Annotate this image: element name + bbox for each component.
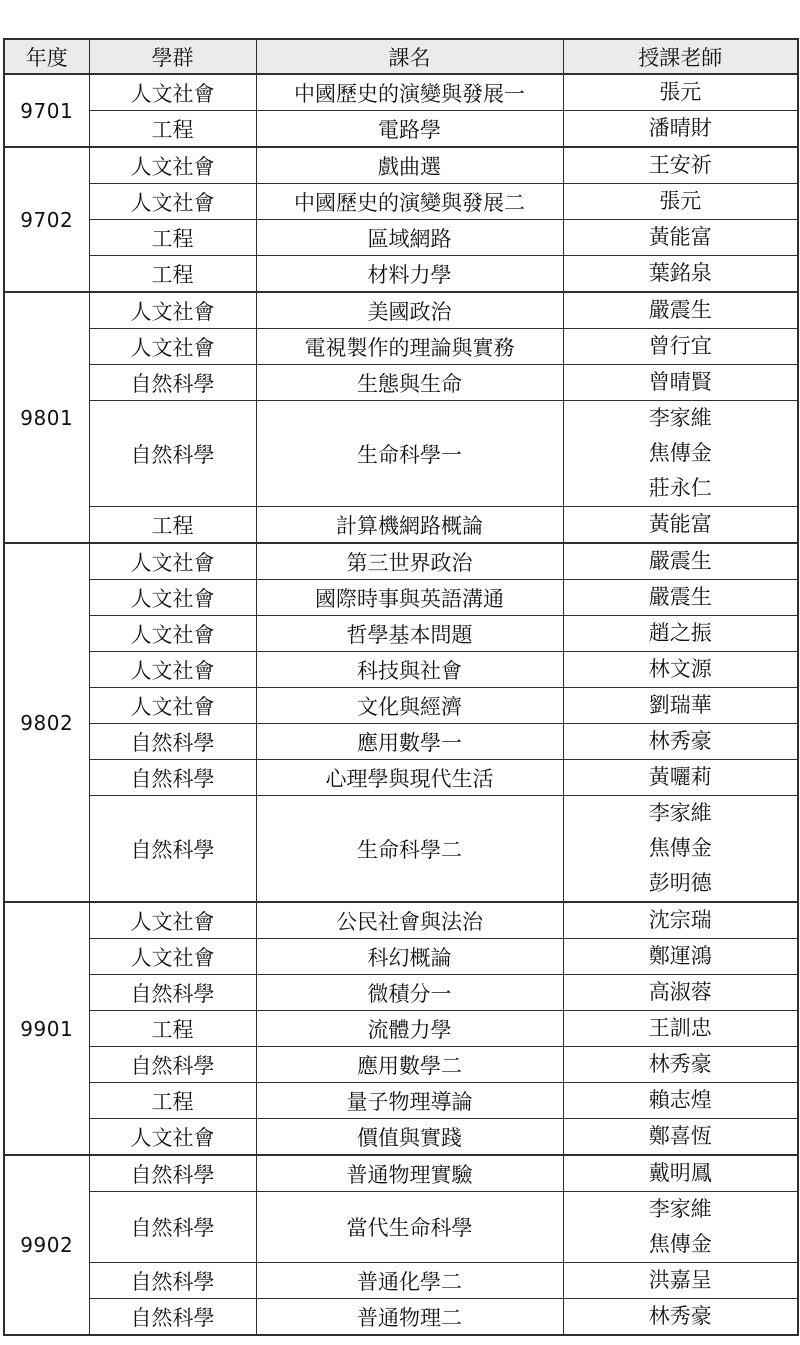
table-row: 工程量子物理導論賴志煌: [4, 1083, 798, 1119]
teacher-name: 潘晴財: [564, 111, 798, 146]
teacher-name: 李家維: [564, 401, 798, 436]
teacher-name: 黃能富: [564, 507, 798, 542]
course-cell: 美國政治: [256, 292, 563, 329]
teacher-name: 高淑蓉: [564, 975, 798, 1010]
teacher-cell: 趙之振: [563, 616, 798, 652]
course-cell: 普通化學二: [256, 1263, 563, 1299]
teacher-name: 林秀豪: [564, 1299, 798, 1334]
header-cell-year: 年度: [4, 39, 89, 74]
teacher-name: 莊永仁: [564, 471, 798, 506]
teacher-name: 嚴震生: [564, 544, 798, 579]
table-row: 工程計算機網路概論黃能富: [4, 507, 798, 544]
teacher-cell: 鄭運鴻: [563, 939, 798, 975]
table-row: 人文社會國際時事與英語溝通嚴震生: [4, 580, 798, 616]
course-cell: 價值與實踐: [256, 1119, 563, 1156]
table-row: 工程區域網路黃能富: [4, 220, 798, 256]
table-row: 9701人文社會中國歷史的演變與發展一張元: [4, 74, 798, 111]
teacher-name: 沈宗瑞: [564, 903, 798, 938]
teacher-cell: 戴明鳳: [563, 1155, 798, 1192]
table-row: 自然科學微積分一高淑蓉: [4, 975, 798, 1011]
teacher-name: 林秀豪: [564, 724, 798, 759]
teacher-name: 嚴震生: [564, 293, 798, 328]
table-row: 9802人文社會第三世界政治嚴震生: [4, 543, 798, 580]
category-cell: 人文社會: [89, 329, 256, 365]
teacher-name: 曾晴賢: [564, 365, 798, 400]
teacher-cell: 林文源: [563, 652, 798, 688]
category-cell: 自然科學: [89, 401, 256, 507]
teacher-name: 王訓忠: [564, 1011, 798, 1046]
category-cell: 人文社會: [89, 902, 256, 939]
course-cell: 哲學基本問題: [256, 616, 563, 652]
year-cell: 9702: [4, 147, 89, 292]
category-cell: 自然科學: [89, 760, 256, 796]
course-cell: 科技與社會: [256, 652, 563, 688]
teacher-name: 焦傳金: [564, 831, 798, 866]
year-cell: 9902: [4, 1155, 89, 1335]
teacher-name: 李家維: [564, 796, 798, 831]
course-cell: 文化與經濟: [256, 688, 563, 724]
course-cell: 普通物理實驗: [256, 1155, 563, 1192]
course-cell: 中國歷史的演變與發展一: [256, 74, 563, 111]
table-row: 自然科學應用數學一林秀豪: [4, 724, 798, 760]
category-cell: 自然科學: [89, 1047, 256, 1083]
teacher-cell: 嚴震生: [563, 580, 798, 616]
teacher-name: 鄭喜恆: [564, 1119, 798, 1154]
teacher-cell: 王安祈: [563, 147, 798, 184]
table-row: 9801人文社會美國政治嚴震生: [4, 292, 798, 329]
teacher-name: 嚴震生: [564, 580, 798, 615]
teacher-cell: 林秀豪: [563, 1299, 798, 1336]
table-row: 自然科學當代生命科學李家維焦傳金: [4, 1192, 798, 1263]
table-body: 9701人文社會中國歷史的演變與發展一張元工程電路學潘晴財9702人文社會戲曲選…: [4, 74, 798, 1335]
teacher-name: 賴志煌: [564, 1083, 798, 1118]
teacher-cell: 嚴震生: [563, 292, 798, 329]
teacher-name: 黃囇莉: [564, 760, 798, 795]
category-cell: 人文社會: [89, 1119, 256, 1156]
course-cell: 中國歷史的演變與發展二: [256, 184, 563, 220]
course-cell: 區域網路: [256, 220, 563, 256]
category-cell: 自然科學: [89, 365, 256, 401]
category-cell: 人文社會: [89, 652, 256, 688]
teacher-cell: 洪嘉呈: [563, 1263, 798, 1299]
course-cell: 科幻概論: [256, 939, 563, 975]
course-cell: 材料力學: [256, 256, 563, 293]
table-row: 工程電路學潘晴財: [4, 111, 798, 148]
course-cell: 公民社會與法治: [256, 902, 563, 939]
course-cell: 當代生命科學: [256, 1192, 563, 1263]
header-cell-course: 課名: [256, 39, 563, 74]
course-cell: 量子物理導論: [256, 1083, 563, 1119]
year-cell: 9701: [4, 74, 89, 147]
course-cell: 心理學與現代生活: [256, 760, 563, 796]
course-cell: 流體力學: [256, 1011, 563, 1047]
table-row: 人文社會科技與社會林文源: [4, 652, 798, 688]
teacher-name: 焦傳金: [564, 436, 798, 471]
teacher-cell: 李家維焦傳金彭明德: [563, 796, 798, 903]
teacher-cell: 潘晴財: [563, 111, 798, 148]
teacher-cell: 張元: [563, 74, 798, 111]
category-cell: 工程: [89, 256, 256, 293]
table-row: 自然科學心理學與現代生活黃囇莉: [4, 760, 798, 796]
teacher-name: 戴明鳳: [564, 1156, 798, 1191]
course-cell: 微積分一: [256, 975, 563, 1011]
table-row: 人文社會電視製作的理論與實務曾行宜: [4, 329, 798, 365]
course-cell: 生命科學二: [256, 796, 563, 903]
table-row: 人文社會哲學基本問題趙之振: [4, 616, 798, 652]
category-cell: 自然科學: [89, 1299, 256, 1336]
header-cell-teacher: 授課老師: [563, 39, 798, 74]
category-cell: 自然科學: [89, 1192, 256, 1263]
table-row: 自然科學生命科學一李家維焦傳金莊永仁: [4, 401, 798, 507]
year-cell: 9801: [4, 292, 89, 543]
teacher-name: 林秀豪: [564, 1047, 798, 1082]
category-cell: 工程: [89, 1083, 256, 1119]
teacher-cell: 黃囇莉: [563, 760, 798, 796]
category-cell: 工程: [89, 507, 256, 544]
teacher-name: 葉銘泉: [564, 256, 798, 291]
table-row: 自然科學普通物理二林秀豪: [4, 1299, 798, 1336]
teacher-name: 焦傳金: [564, 1227, 798, 1262]
teacher-name: 張元: [564, 184, 798, 219]
teacher-name: 洪嘉呈: [564, 1263, 798, 1298]
teacher-cell: 黃能富: [563, 507, 798, 544]
category-cell: 工程: [89, 220, 256, 256]
teacher-name: 彭明德: [564, 866, 798, 901]
category-cell: 人文社會: [89, 580, 256, 616]
category-cell: 人文社會: [89, 292, 256, 329]
course-cell: 普通物理二: [256, 1299, 563, 1336]
course-cell: 戲曲選: [256, 147, 563, 184]
teacher-cell: 沈宗瑞: [563, 902, 798, 939]
category-cell: 人文社會: [89, 939, 256, 975]
teacher-cell: 曾行宜: [563, 329, 798, 365]
category-cell: 人文社會: [89, 543, 256, 580]
category-cell: 工程: [89, 111, 256, 148]
teacher-name: 趙之振: [564, 616, 798, 651]
table-row: 9702人文社會戲曲選王安祈: [4, 147, 798, 184]
category-cell: 工程: [89, 1011, 256, 1047]
course-cell: 應用數學一: [256, 724, 563, 760]
table-row: 自然科學應用數學二林秀豪: [4, 1047, 798, 1083]
course-table: 年度 學群 課名 授課老師 9701人文社會中國歷史的演變與發展一張元工程電路學…: [3, 38, 799, 1336]
category-cell: 自然科學: [89, 975, 256, 1011]
course-cell: 應用數學二: [256, 1047, 563, 1083]
teacher-cell: 嚴震生: [563, 543, 798, 580]
course-cell: 第三世界政治: [256, 543, 563, 580]
course-cell: 生態與生命: [256, 365, 563, 401]
table-row: 人文社會價值與實踐鄭喜恆: [4, 1119, 798, 1156]
category-cell: 人文社會: [89, 184, 256, 220]
category-cell: 自然科學: [89, 1155, 256, 1192]
teacher-cell: 賴志煌: [563, 1083, 798, 1119]
year-cell: 9901: [4, 902, 89, 1155]
table-row: 人文社會科幻概論鄭運鴻: [4, 939, 798, 975]
teacher-name: 林文源: [564, 652, 798, 687]
course-cell: 計算機網路概論: [256, 507, 563, 544]
table-row: 人文社會中國歷史的演變與發展二張元: [4, 184, 798, 220]
category-cell: 人文社會: [89, 616, 256, 652]
header-row: 年度 學群 課名 授課老師: [4, 39, 798, 74]
table-row: 自然科學生態與生命曾晴賢: [4, 365, 798, 401]
category-cell: 自然科學: [89, 724, 256, 760]
year-cell: 9802: [4, 543, 89, 902]
table-header: 年度 學群 課名 授課老師: [4, 39, 798, 74]
table-row: 自然科學生命科學二李家維焦傳金彭明德: [4, 796, 798, 903]
teacher-cell: 林秀豪: [563, 1047, 798, 1083]
teacher-name: 李家維: [564, 1192, 798, 1227]
course-cell: 電視製作的理論與實務: [256, 329, 563, 365]
teacher-cell: 黃能富: [563, 220, 798, 256]
table-row: 9902自然科學普通物理實驗戴明鳳: [4, 1155, 798, 1192]
table-row: 人文社會文化與經濟劉瑞華: [4, 688, 798, 724]
teacher-cell: 張元: [563, 184, 798, 220]
teacher-cell: 高淑蓉: [563, 975, 798, 1011]
teacher-cell: 王訓忠: [563, 1011, 798, 1047]
teacher-name: 曾行宜: [564, 329, 798, 364]
teacher-cell: 葉銘泉: [563, 256, 798, 293]
table-row: 工程材料力學葉銘泉: [4, 256, 798, 293]
teacher-cell: 鄭喜恆: [563, 1119, 798, 1156]
course-cell: 國際時事與英語溝通: [256, 580, 563, 616]
course-cell: 生命科學一: [256, 401, 563, 507]
teacher-cell: 李家維焦傳金: [563, 1192, 798, 1263]
table-row: 工程流體力學王訓忠: [4, 1011, 798, 1047]
category-cell: 人文社會: [89, 147, 256, 184]
header-cell-category: 學群: [89, 39, 256, 74]
table-row: 9901人文社會公民社會與法治沈宗瑞: [4, 902, 798, 939]
table-row: 自然科學普通化學二洪嘉呈: [4, 1263, 798, 1299]
category-cell: 自然科學: [89, 1263, 256, 1299]
teacher-cell: 林秀豪: [563, 724, 798, 760]
teacher-cell: 劉瑞華: [563, 688, 798, 724]
teacher-cell: 李家維焦傳金莊永仁: [563, 401, 798, 507]
category-cell: 人文社會: [89, 74, 256, 111]
teacher-name: 張元: [564, 75, 798, 110]
teacher-name: 黃能富: [564, 220, 798, 255]
course-cell: 電路學: [256, 111, 563, 148]
category-cell: 自然科學: [89, 796, 256, 903]
teacher-name: 王安祈: [564, 148, 798, 183]
category-cell: 人文社會: [89, 688, 256, 724]
teacher-cell: 曾晴賢: [563, 365, 798, 401]
teacher-name: 劉瑞華: [564, 688, 798, 723]
teacher-name: 鄭運鴻: [564, 939, 798, 974]
